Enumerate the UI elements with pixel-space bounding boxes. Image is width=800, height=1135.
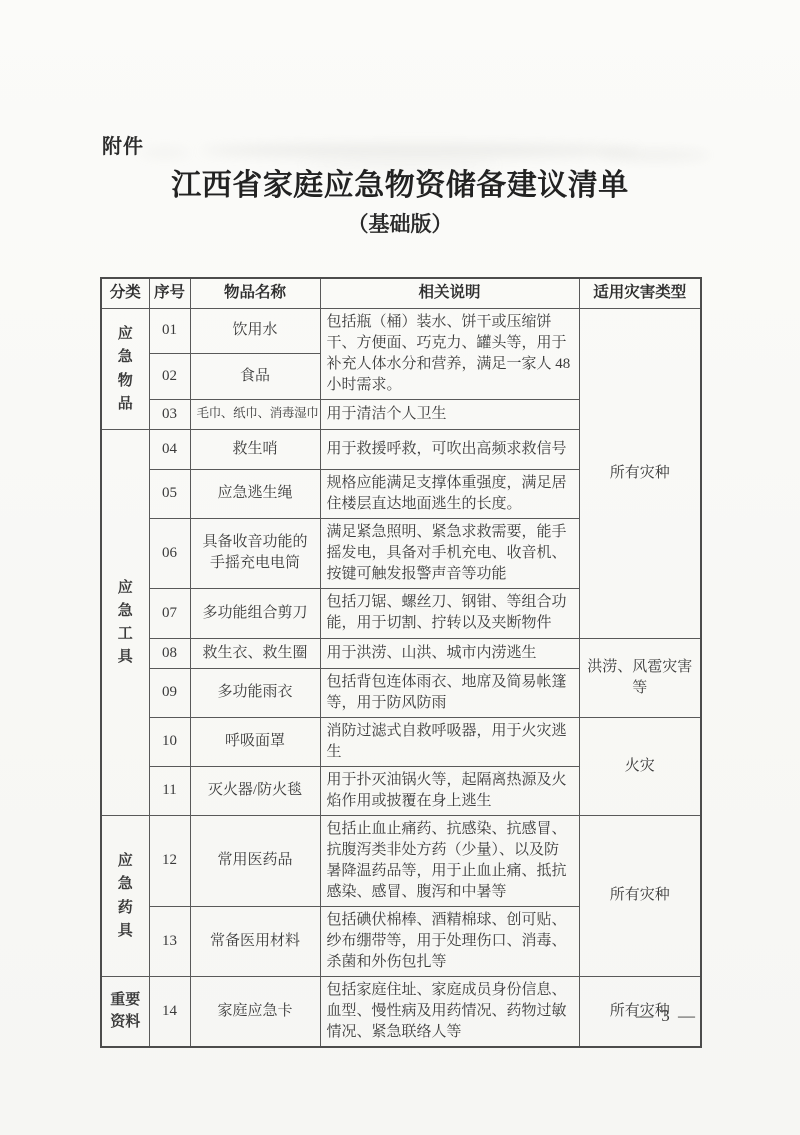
cell-no: 06 — [149, 518, 190, 588]
cell-no: 08 — [149, 638, 190, 668]
attachment-label: 附件 — [102, 130, 144, 159]
cell-description: 用于洪涝、山洪、城市内涝逃生 — [320, 638, 579, 668]
cell-no: 02 — [149, 354, 190, 400]
cell-description: 包括背包连体雨衣、地席及简易帐篷等，用于防风防雨 — [320, 668, 579, 717]
table-row: 应急物品 01 饮用水 包括瓶（桶）装水、饼干或压缩饼干、方便面、巧克力、罐头等… — [101, 308, 701, 354]
category-cell-emergency-supplies: 应急物品 — [101, 308, 149, 429]
category-cell-emergency-medicine: 应急药具 — [101, 815, 149, 976]
cell-item: 救生衣、救生圈 — [190, 638, 320, 668]
table-row: 重要资料 14 家庭应急卡 包括家庭住址、家庭成员身份信息、血型、慢性病及用药情… — [101, 976, 701, 1047]
col-header-category: 分类 — [101, 278, 149, 308]
cell-no: 13 — [149, 906, 190, 976]
cell-description: 满足紧急照明、紧急求救需要，能手摇发电，具备对手机充电、收音机、按键可触发报警声… — [320, 518, 579, 588]
cell-no: 04 — [149, 429, 190, 469]
table-row: 应急药具 12 常用医药品 包括止血止痛药、抗感染、抗感冒、抗腹泻类非处方药（少… — [101, 815, 701, 906]
cell-item: 常备医用材料 — [190, 906, 320, 976]
cell-description: 消防过滤式自救呼吸器，用于火灾逃生 — [320, 717, 579, 766]
scan-artifact — [600, 150, 710, 160]
document-page: 附件 江西省家庭应急物资储备建议清单 （基础版） 分类 序号 物品名称 相关说明… — [0, 0, 800, 1135]
table-header-row: 分类 序号 物品名称 相关说明 适用灾害类型 — [101, 278, 701, 308]
document-subtitle: （基础版） — [100, 208, 700, 238]
cell-description: 规格应能满足支撑体重强度，满足居住楼层直达地面逃生的长度。 — [320, 469, 579, 518]
page-number: — 3 — — [636, 1006, 697, 1026]
cell-no: 14 — [149, 976, 190, 1047]
cell-description: 用于救援呼救，可吹出高频求救信号 — [320, 429, 579, 469]
supplies-table: 分类 序号 物品名称 相关说明 适用灾害类型 应急物品 01 饮用水 包括瓶（桶… — [100, 277, 702, 1048]
cell-item: 灭火器/防火毯 — [190, 766, 320, 815]
cell-no: 10 — [149, 717, 190, 766]
cell-no: 09 — [149, 668, 190, 717]
cell-item: 应急逃生绳 — [190, 469, 320, 518]
cell-no: 01 — [149, 308, 190, 354]
cell-no: 05 — [149, 469, 190, 518]
cell-description: 包括止血止痛药、抗感染、抗感冒、抗腹泻类非处方药（少量）、以及防暑降温药品等，用… — [320, 815, 579, 906]
col-header-description: 相关说明 — [320, 278, 579, 308]
cell-no: 03 — [149, 399, 190, 429]
disaster-cell-fire: 火灾 — [579, 717, 701, 815]
cell-item: 多功能雨衣 — [190, 668, 320, 717]
cell-item: 常用医药品 — [190, 815, 320, 906]
cell-item: 家庭应急卡 — [190, 976, 320, 1047]
disaster-cell-all: 所有灾种 — [579, 308, 701, 638]
category-cell-important-documents: 重要资料 — [101, 976, 149, 1047]
cell-item: 呼吸面罩 — [190, 717, 320, 766]
cell-item: 救生哨 — [190, 429, 320, 469]
cell-description: 包括家庭住址、家庭成员身份信息、血型、慢性病及用药情况、药物过敏情况、紧急联络人… — [320, 976, 579, 1047]
cell-description: 包括刀锯、螺丝刀、钢钳、等组合功能，用于切割、拧转以及夹断物件 — [320, 588, 579, 638]
cell-description: 用于清洁个人卫生 — [320, 399, 579, 429]
cell-description: 用于扑灭油锅火等，起隔离热源及火焰作用或披覆在身上逃生 — [320, 766, 579, 815]
cell-no: 07 — [149, 588, 190, 638]
cell-no: 12 — [149, 815, 190, 906]
cell-description: 包括瓶（桶）装水、饼干或压缩饼干、方便面、巧克力、罐头等，用于补充人体水分和营养… — [320, 308, 579, 399]
table-row: 10 呼吸面罩 消防过滤式自救呼吸器，用于火灾逃生 火灾 — [101, 717, 701, 766]
scan-artifact — [140, 148, 190, 157]
col-header-item: 物品名称 — [190, 278, 320, 308]
col-header-no: 序号 — [149, 278, 190, 308]
cell-item: 饮用水 — [190, 308, 320, 354]
cell-no: 11 — [149, 766, 190, 815]
scan-artifact — [200, 144, 640, 157]
cell-item: 具备收音功能的手摇充电电筒 — [190, 518, 320, 588]
cell-item: 多功能组合剪刀 — [190, 588, 320, 638]
disaster-cell-flood: 洪涝、风雹灾害等 — [579, 638, 701, 717]
col-header-disaster: 适用灾害类型 — [579, 278, 701, 308]
category-cell-emergency-tools: 应急工具 — [101, 429, 149, 815]
cell-description: 包括碘伏棉棒、酒精棉球、创可贴、纱布绷带等，用于处理伤口、消毒、杀菌和外伤包扎等 — [320, 906, 579, 976]
table-row: 08 救生衣、救生圈 用于洪涝、山洪、城市内涝逃生 洪涝、风雹灾害等 — [101, 638, 701, 668]
disaster-cell-all: 所有灾种 — [579, 815, 701, 976]
cell-item: 食品 — [190, 354, 320, 400]
document-title: 江西省家庭应急物资储备建议清单 — [100, 160, 700, 204]
cell-item: 毛巾、纸巾、消毒湿巾 — [190, 399, 320, 429]
